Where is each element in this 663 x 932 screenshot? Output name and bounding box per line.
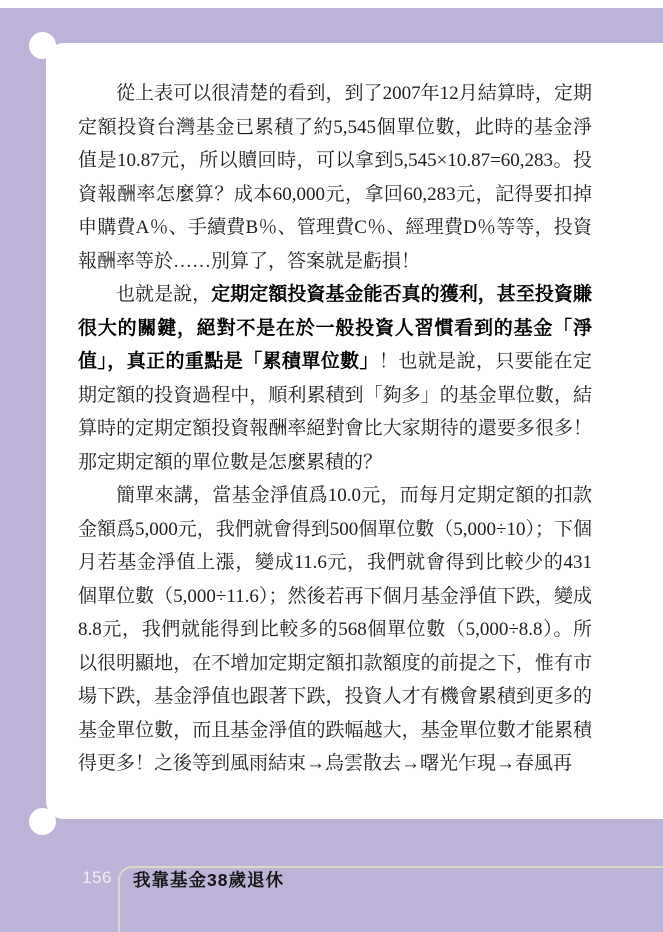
paragraph-3: 簡單來講，當基金淨值爲10.0元，而每月定期定額的扣款金額爲5,000元，我們就…: [78, 479, 592, 781]
binder-hole-bottom: [29, 808, 56, 835]
text-run: 簡單來講，當基金淨值爲10.0元，而每月定期定額的扣款金額爲5,000元，我們就…: [78, 485, 592, 774]
paragraph-2: 也就是說，定期定額投資基金能否真的獲利，甚至投資賺很大的關鍵，絕對不是在於一般投…: [78, 278, 592, 479]
text-run: 從上表可以很清楚的看到，到了2007年12月結算時，定期定額投資台灣基金已累積了…: [78, 83, 592, 272]
book-title: 我靠基金38歲退休: [133, 867, 284, 892]
page-number: 156: [70, 868, 112, 888]
binder-hole-top: [29, 32, 56, 59]
text-run: 也就是說，: [116, 284, 211, 305]
page-text: 從上表可以很清楚的看到，到了2007年12月結算時，定期定額投資台灣基金已累積了…: [78, 77, 592, 781]
paragraph-1: 從上表可以很清楚的看到，到了2007年12月結算時，定期定額投資台灣基金已累積了…: [78, 77, 592, 278]
